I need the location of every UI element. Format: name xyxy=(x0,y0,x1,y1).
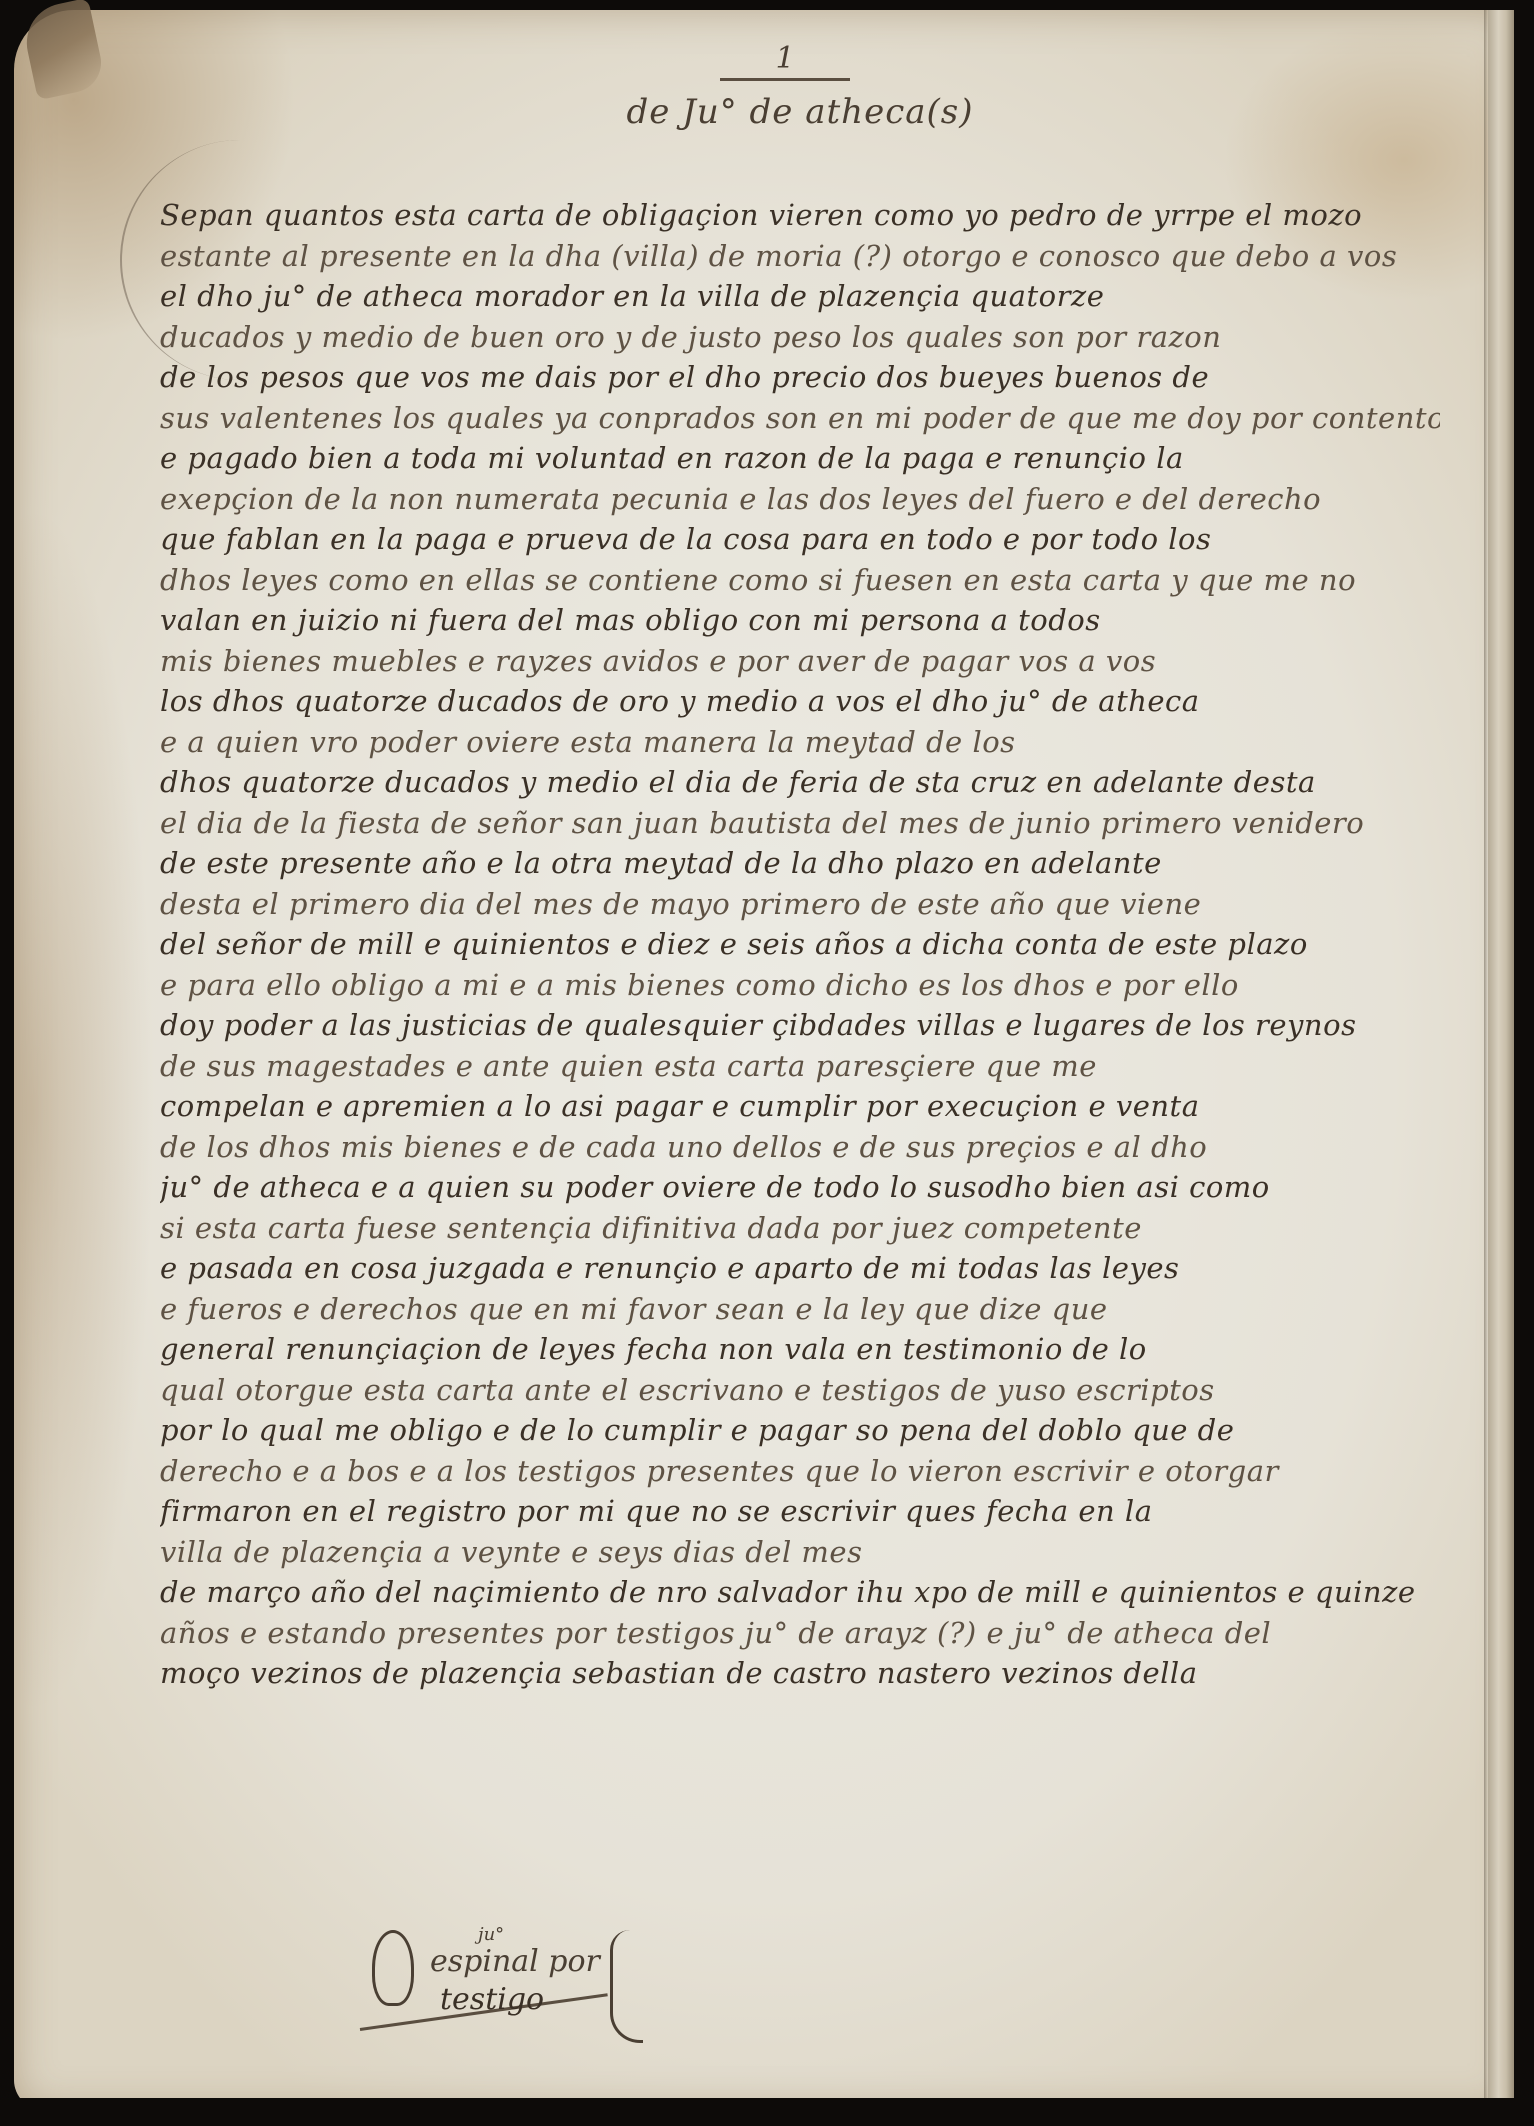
text-line: general renunçiaçion de leyes fecha non … xyxy=(160,1329,1440,1370)
text-line: exepçion de la non numerata pecunia e la… xyxy=(160,479,1440,520)
text-line: ducados y medio de buen oro y de justo p… xyxy=(160,317,1440,358)
folio-number: 1 xyxy=(720,44,850,81)
text-line: firmaron en el registro por mi que no se… xyxy=(160,1491,1440,1532)
text-line: que fablan en la paga e prueva de la cos… xyxy=(160,519,1440,560)
text-line: derecho e a bos e a los testigos present… xyxy=(160,1451,1440,1492)
text-line: ju° de atheca e a quien su poder oviere … xyxy=(160,1167,1440,1208)
text-line: los dhos quatorze ducados de oro y medio… xyxy=(160,681,1440,722)
text-line: de los dhos mis bienes e de cada uno del… xyxy=(160,1127,1440,1168)
signature-role: testigo xyxy=(440,1984,544,2016)
text-line: mis bienes muebles e rayzes avidos e por… xyxy=(160,641,1440,682)
text-line: villa de plazençia a veynte e seys dias … xyxy=(160,1532,1440,1573)
text-line: si esta carta fuese sentençia difinitiva… xyxy=(160,1208,1440,1249)
rubric-flourish-icon xyxy=(610,1930,643,2043)
text-line: de sus magestades e ante quien esta cart… xyxy=(160,1046,1440,1087)
text-line: por lo qual me obligo e de lo cumplir e … xyxy=(160,1410,1440,1451)
text-line: Sepan quantos esta carta de obligaçion v… xyxy=(160,195,1440,236)
text-line: e para ello obligo a mi e a mis bienes c… xyxy=(160,965,1440,1006)
text-line: compelan e apremien a lo asi pagar e cum… xyxy=(160,1086,1440,1127)
text-line: el dia de la fiesta de señor san juan ba… xyxy=(160,803,1440,844)
text-line: qual otorgue esta carta ante el escrivan… xyxy=(160,1370,1440,1411)
text-line: dhos quatorze ducados y medio el dia de … xyxy=(160,762,1440,803)
text-line: de este presente año e la otra meytad de… xyxy=(160,843,1440,884)
text-line: doy poder a las justicias de qualesquier… xyxy=(160,1005,1440,1046)
manuscript-body: Sepan quantos esta carta de obligaçion v… xyxy=(160,195,1440,1694)
binding-gutter xyxy=(1488,10,1514,2110)
text-line: desta el primero dia del mes de mayo pri… xyxy=(160,884,1440,925)
text-line: e pagado bien a toda mi voluntad en razo… xyxy=(160,438,1440,479)
notarial-signature: ju° espinal por testigo xyxy=(360,1920,680,2070)
signature-abbreviation: ju° xyxy=(478,1926,504,1944)
text-line: e fueros e derechos que en mi favor sean… xyxy=(160,1289,1440,1330)
text-line: moço vezinos de plazençia sebastian de c… xyxy=(160,1653,1440,1694)
text-line: de março año del naçimiento de nro salva… xyxy=(160,1572,1440,1613)
rubric-loop-icon xyxy=(372,1930,414,2006)
text-line: sus valentenes los quales ya conprados s… xyxy=(160,398,1440,439)
text-line: de los pesos que vos me dais por el dho … xyxy=(160,357,1440,398)
page-bottom-edge xyxy=(14,2098,1514,2126)
text-line: del señor de mill e quinientos e diez e … xyxy=(160,924,1440,965)
text-line: valan en juizio ni fuera del mas obligo … xyxy=(160,600,1440,641)
text-line: e pasada en cosa juzgada e renunçio e ap… xyxy=(160,1248,1440,1289)
text-line: dhos leyes como en ellas se contiene com… xyxy=(160,560,1440,601)
text-line: años e estando presentes por testigos ju… xyxy=(160,1613,1440,1654)
text-line: e a quien vro poder oviere esta manera l… xyxy=(160,722,1440,763)
text-line: el dho ju° de atheca morador en la villa… xyxy=(160,276,1440,317)
text-line: estante al presente en la dha (villa) de… xyxy=(160,236,1440,277)
page-heading: de Ju° de atheca(s) xyxy=(590,92,1010,132)
signature-name: espinal por xyxy=(430,1946,600,1978)
